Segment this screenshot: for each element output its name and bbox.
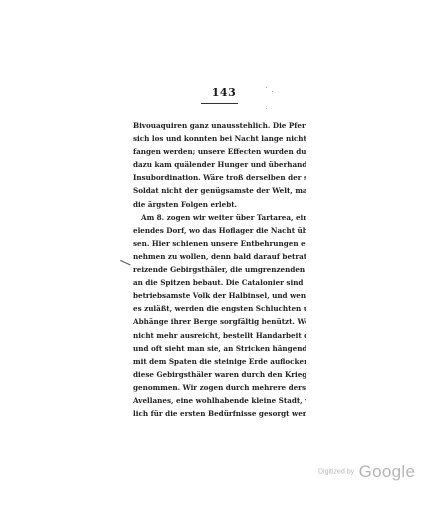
- text-line: Soldat nicht der genügsamste der Welt, m…: [133, 184, 306, 197]
- margin-pencil-mark: [118, 260, 130, 269]
- text-line: nehmen zu wollen, denn bald darauf betra…: [133, 250, 306, 263]
- text-line: Insubordination. Wäre troß derselben der…: [133, 171, 306, 184]
- text-line: reizende Gebirgsthäler, die umgrenzenden…: [133, 263, 306, 276]
- text-line: genommen. Wir zogen durch mehrere dersel…: [133, 381, 306, 394]
- text-line: Abhänge ihrer Berge sorgfältig benützt. …: [133, 315, 306, 328]
- text-line: sen. Hier schienen unsere Entbehrungen e…: [133, 237, 306, 250]
- scan-speck: [266, 108, 267, 109]
- text-line: die ärgsten Folgen erlebt.: [133, 198, 306, 211]
- watermark-prefix: Digitized by: [318, 469, 354, 476]
- text-line: sich los und konnten bei Nacht lange nic…: [133, 132, 306, 145]
- text-line: betriebsamste Volk der Halbinsel, und we…: [133, 289, 306, 302]
- body-text: Bivouaquiren ganz unausstehlich. Die Pfe…: [133, 119, 306, 420]
- text-line: fangen werden; unsere Effecten wurden du…: [133, 145, 306, 158]
- text-line: dazu kam quälender Hunger und überhand n…: [133, 158, 306, 171]
- text-line: Bivouaquiren ganz unausstehlich. Die Pfe…: [133, 119, 306, 132]
- watermark-brand: Google: [359, 462, 416, 481]
- text-line: an die Spitzen bebaut. Die Catalonier si…: [133, 276, 306, 289]
- digitized-by-google-watermark: Digitized by Google: [318, 462, 415, 482]
- text-line: elendes Dorf, wo das Hoflager die Nacht …: [133, 224, 306, 237]
- text-line: Am 8. zogen wir weiter über Tartarea, ei…: [133, 211, 306, 224]
- text-line: lich für die ersten Bedürfnisse gesorgt …: [133, 407, 306, 420]
- text-line: es zuläßt, werden die engsten Schluchten…: [133, 302, 306, 315]
- header-rule: [201, 103, 238, 104]
- page-number: 143: [0, 86, 448, 99]
- text-line: und oft sieht man sie, an Stricken hänge…: [133, 342, 306, 355]
- scan-speck: [272, 91, 273, 92]
- scan-speck: [266, 87, 267, 88]
- text-line: Avellanes, eine wohlhabende kleine Stadt…: [133, 394, 306, 407]
- text-line: mit dem Spaten die steinige Erde auflock…: [133, 355, 306, 368]
- text-line: nicht mehr ausreicht, bestellt Handarbei…: [133, 329, 306, 342]
- text-line: diese Gebirgsthäler waren durch den Krie…: [133, 368, 306, 381]
